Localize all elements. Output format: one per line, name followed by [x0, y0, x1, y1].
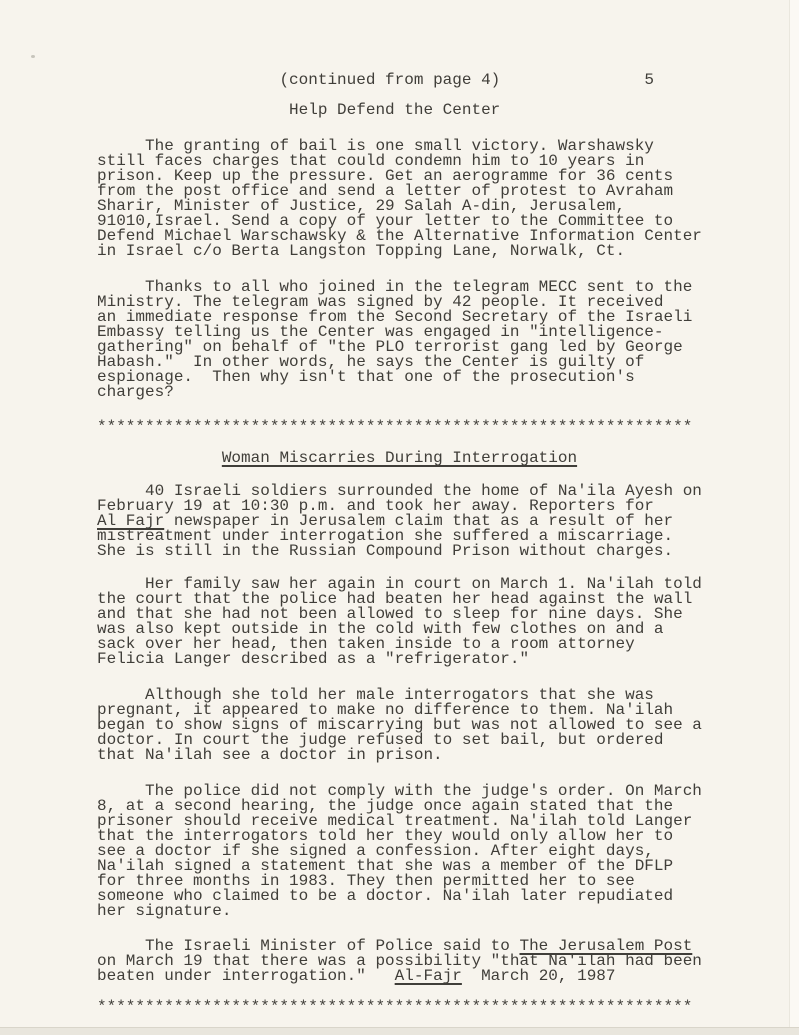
text-line: ****************************************…	[97, 1000, 799, 1015]
text-line: charges?	[97, 385, 799, 400]
text-line: that Na'ilah see a doctor in prison.	[97, 748, 799, 763]
title-text: Help Defend the Center	[289, 101, 500, 119]
document-body: (continued from page 4) 5 Help Defend th…	[0, 0, 799, 1035]
article-heading-miscarriage: Woman Miscarries During Interrogation	[97, 451, 799, 466]
text-line: She is still in the Russian Compound Pri…	[97, 544, 799, 559]
continued-note: (continued from page 4)	[279, 71, 500, 89]
paragraph-police-noncompliance: The police did not comply with the judge…	[97, 784, 799, 919]
article-title-help-defend: Help Defend the Center	[97, 103, 799, 118]
text-segment: March 20, 1987	[462, 967, 616, 985]
text-segment	[97, 101, 289, 119]
paragraph-bail-victory: The granting of bail is one small victor…	[97, 139, 799, 259]
text-line: Felicia Langer described as a "refrigera…	[97, 652, 799, 667]
text-segment	[500, 71, 644, 89]
text-line: Woman Miscarries During Interrogation	[97, 451, 799, 466]
text-line: espionage. Then why isn't that one of th…	[97, 370, 799, 385]
paragraph-pregnant: Although she told her male interrogators…	[97, 688, 799, 763]
page-number: 5	[644, 71, 654, 89]
asterisk-separator-top: ****************************************…	[97, 420, 799, 435]
text-segment: espionage. Then why isn't that one of th…	[97, 368, 635, 386]
asterisk-rule: ****************************************…	[97, 998, 692, 1016]
text-segment: Felicia Langer described as a "refrigera…	[97, 650, 529, 668]
text-line: Help Defend the Center	[97, 103, 799, 118]
page-header: (continued from page 4) 5	[97, 73, 799, 88]
text-line: her signature.	[97, 904, 799, 919]
paragraph-court-march-1: Her family saw her again in court on Mar…	[97, 577, 799, 667]
asterisk-separator-bottom: ****************************************…	[97, 1000, 799, 1015]
text-line: beaten under interrogation." Al-Fajr Mar…	[97, 969, 799, 984]
text-segment: charges?	[97, 383, 174, 401]
text-segment: She is still in the Russian Compound Pri…	[97, 542, 673, 560]
asterisk-rule: ****************************************…	[97, 418, 692, 436]
text-line: (continued from page 4) 5	[97, 73, 799, 88]
text-line: in Israel c/o Berta Langston Topping Lan…	[97, 244, 799, 259]
text-segment: her signature.	[97, 902, 231, 920]
text-segment	[97, 71, 279, 89]
text-line: ****************************************…	[97, 420, 799, 435]
text-segment	[97, 449, 222, 467]
scan-edge-bottom	[0, 1028, 799, 1035]
scan-speck	[31, 55, 35, 58]
heading-text: Woman Miscarries During Interrogation	[222, 449, 577, 467]
scan-edge-right	[789, 0, 799, 1035]
text-segment: that Na'ilah see a doctor in prison.	[97, 746, 443, 764]
al-fajr-citation: Al-Fajr	[395, 967, 462, 985]
text-segment: beaten under interrogation."	[97, 967, 395, 985]
paragraph-minister-quote: The Israeli Minister of Police said to T…	[97, 939, 799, 984]
paragraph-arrest: 40 Israeli soldiers surrounded the home …	[97, 484, 799, 559]
paragraph-telegram: Thanks to all who joined in the telegram…	[97, 280, 799, 400]
text-segment: in Israel c/o Berta Langston Topping Lan…	[97, 242, 625, 260]
